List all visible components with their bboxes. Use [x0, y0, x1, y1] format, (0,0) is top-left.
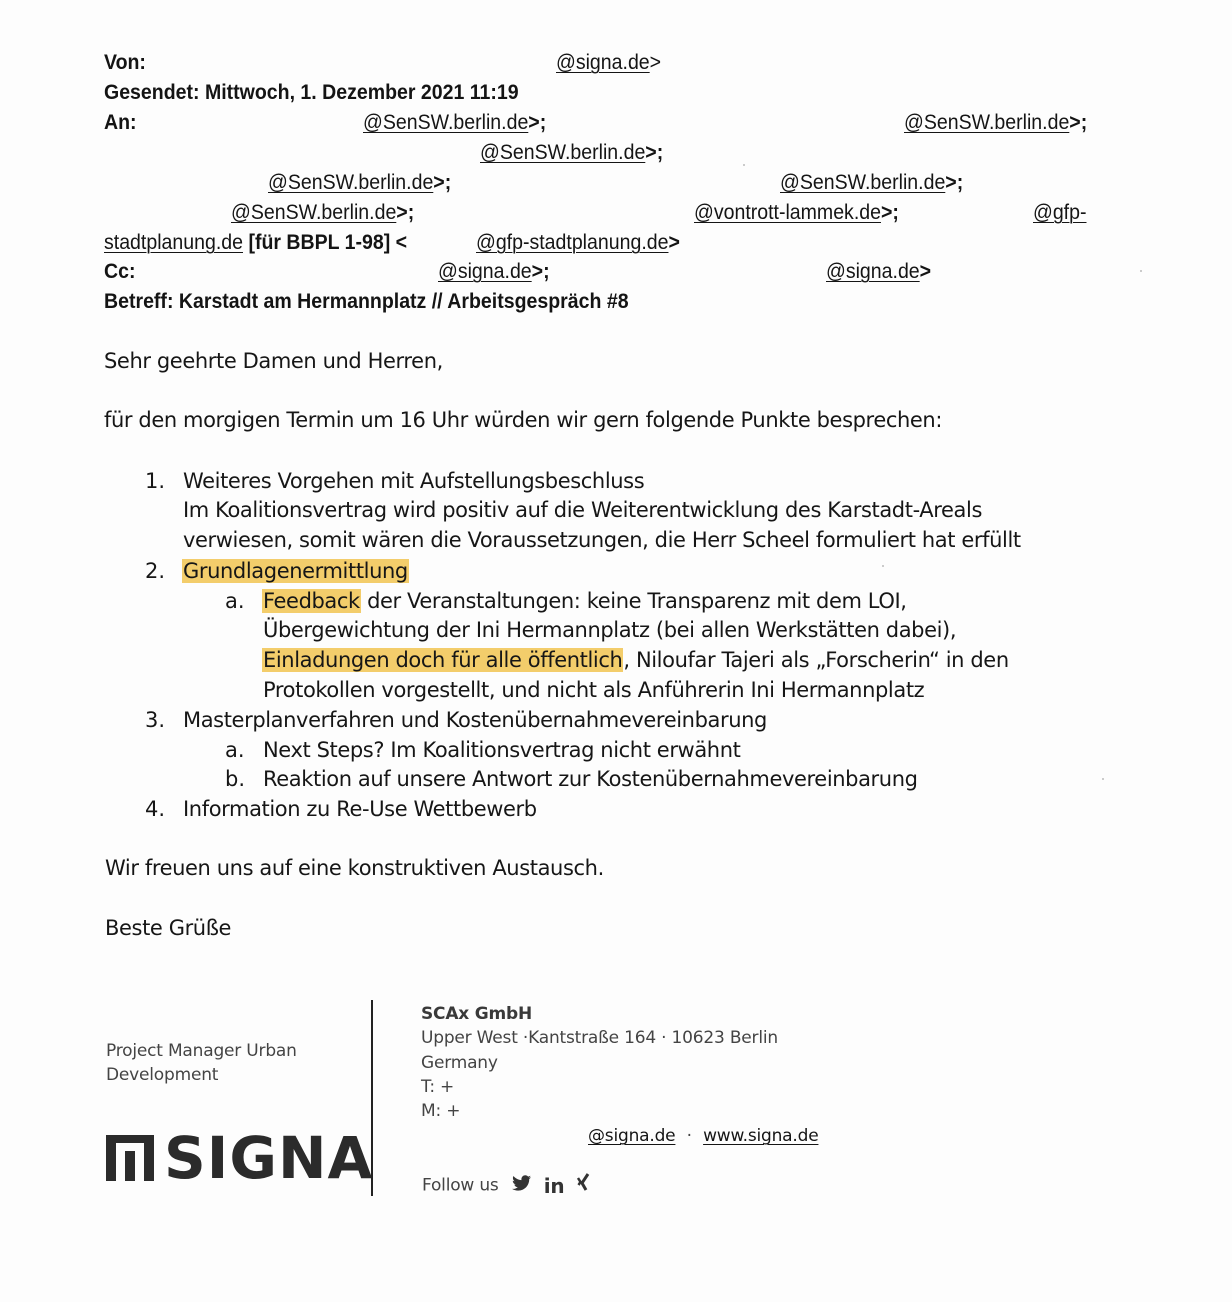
- highlight-grundlagen: Grundlagenermittlung: [182, 559, 409, 583]
- xing-icon[interactable]: [576, 1173, 592, 1198]
- follow-us-label: Follow us: [422, 1176, 499, 1196]
- item-3a-letter: a.: [225, 738, 245, 762]
- highlight-einladungen: Einladungen doch für alle öffentlich: [262, 648, 623, 672]
- item-3-number: 3.: [145, 708, 165, 732]
- signature-role-line-1: Project Manager Urban: [106, 1039, 297, 1063]
- item-2a-line-4: Protokollen vorgestellt, und nicht als A…: [263, 678, 924, 702]
- item-2a-line-3: Einladungen doch für alle öffentlich, Ni…: [262, 648, 1009, 672]
- item-2a-letter: a.: [225, 589, 245, 613]
- item-1-line-1: Im Koalitionsvertrag wird positiv auf di…: [183, 498, 982, 522]
- sent-line: Gesendet: Mittwoch, 1. Dezember 2021 11:…: [104, 81, 519, 105]
- signa-logo: SIGNA: [106, 1128, 373, 1188]
- item-3b-letter: b.: [225, 767, 245, 791]
- signature-contact-links: @signa.de · www.signa.de: [588, 1124, 818, 1148]
- signature-address: Upper West ·Kantstraße 164 · 10623 Berli…: [421, 1026, 778, 1050]
- closing: Wir freuen uns auf eine konstruktiven Au…: [105, 856, 604, 880]
- signa-logo-mark-icon: [106, 1133, 154, 1183]
- to-address-8-part2[interactable]: stadtplanung.de [für BBPL 1-98] <: [104, 231, 407, 255]
- item-3-title: Masterplanverfahren und Kostenübernahmev…: [183, 708, 767, 732]
- signature-mobile: M: +: [421, 1099, 460, 1123]
- to-address-7[interactable]: @vontrott-lammek.de>;: [694, 201, 899, 225]
- item-4-title: Information zu Re-Use Wettbewerb: [183, 797, 537, 821]
- scan-speck: [882, 565, 884, 567]
- item-3a-text: Next Steps? Im Koalitionsvertrag nicht e…: [263, 738, 740, 762]
- item-2a-line-1: Feedback der Veranstaltungen: keine Tran…: [262, 589, 907, 613]
- to-note: [für BBPL 1-98] <: [248, 231, 407, 254]
- signa-logo-text: SIGNA: [164, 1128, 373, 1188]
- item-2a-line-2: Übergewichtung der Ini Hermannplatz (bei…: [263, 618, 956, 642]
- item-2-number: 2.: [145, 559, 165, 583]
- signature-country: Germany: [421, 1051, 498, 1075]
- scan-speck: [1102, 778, 1104, 780]
- linkedin-icon[interactable]: in: [544, 1174, 565, 1198]
- scan-speck: [1140, 270, 1142, 272]
- subject-value: Karstadt am Hermannplatz // Arbeitsgespr…: [179, 290, 629, 313]
- to-address-5[interactable]: @SenSW.berlin.de>;: [780, 171, 963, 195]
- signature-divider: [371, 1000, 373, 1196]
- item-4-number: 4.: [145, 797, 165, 821]
- to-label: An:: [104, 111, 137, 135]
- to-address-6[interactable]: @SenSW.berlin.de>;: [231, 201, 414, 225]
- twitter-icon[interactable]: [512, 1174, 532, 1198]
- from-label: Von:: [104, 51, 146, 75]
- item-3b-text: Reaktion auf unsere Antwort zur Kostenüb…: [263, 767, 918, 791]
- sent-value: Mittwoch, 1. Dezember 2021 11:19: [205, 81, 519, 104]
- signature-follow: Follow us in: [422, 1173, 592, 1198]
- signature-website-link[interactable]: www.signa.de: [703, 1126, 818, 1146]
- cc-address-1[interactable]: @signa.de>;: [438, 260, 550, 284]
- cc-label: Cc:: [104, 260, 135, 284]
- to-address-9[interactable]: @gfp-stadtplanung.de>: [476, 231, 680, 255]
- regards: Beste Grüße: [105, 916, 231, 940]
- to-address-2[interactable]: @SenSW.berlin.de>;: [904, 111, 1087, 135]
- greeting: Sehr geehrte Damen und Herren,: [104, 349, 443, 373]
- to-address-1[interactable]: @SenSW.berlin.de>;: [363, 111, 546, 135]
- item-1-line-2: verwiesen, somit wären die Voraussetzung…: [183, 528, 1021, 552]
- subject-line: Betreff: Karstadt am Hermannplatz // Arb…: [104, 290, 629, 314]
- intro: für den morgigen Termin um 16 Uhr würden…: [104, 408, 942, 432]
- to-address-3[interactable]: @SenSW.berlin.de>;: [480, 141, 663, 165]
- from-address[interactable]: @signa.de>: [556, 51, 661, 75]
- signature-company: SCAx GmbH: [421, 1002, 532, 1026]
- cc-address-2[interactable]: @signa.de>: [826, 260, 931, 284]
- highlight-feedback: Feedback: [262, 589, 361, 613]
- signature-phone: T: +: [421, 1075, 454, 1099]
- to-address-4[interactable]: @SenSW.berlin.de>;: [268, 171, 451, 195]
- to-address-8-part1[interactable]: @gfp-: [1033, 201, 1086, 225]
- item-1-title: Weiteres Vorgehen mit Aufstellungsbeschl…: [183, 469, 644, 493]
- scan-speck: [743, 164, 745, 166]
- signature-email-link[interactable]: @signa.de: [588, 1126, 675, 1146]
- signature-role-line-2: Development: [106, 1063, 218, 1087]
- item-2-title: Grundlagenermittlung: [182, 559, 409, 583]
- item-1-number: 1.: [145, 469, 165, 493]
